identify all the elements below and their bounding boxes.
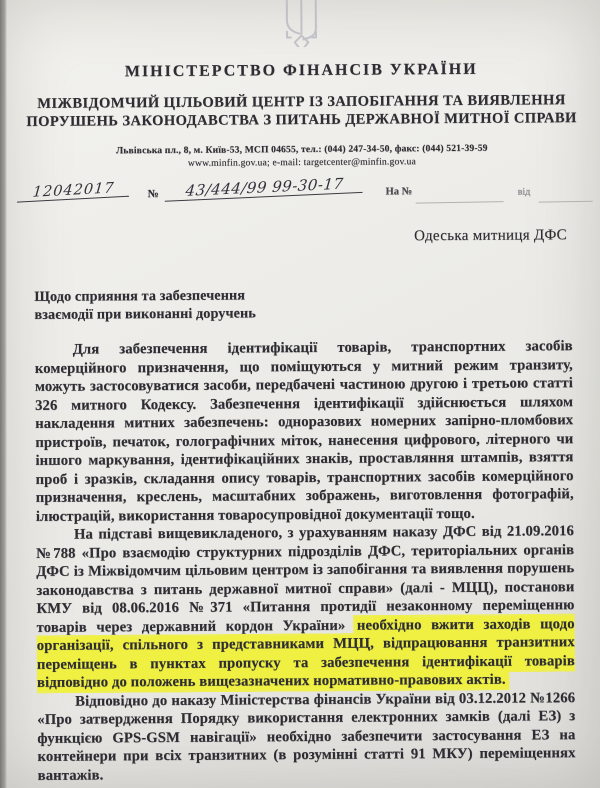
handwritten-date: 12042017	[17, 180, 130, 203]
handwritten-outgoing-number: 43/444/99 99-30-17	[165, 174, 365, 202]
ukraine-trident-icon	[274, 0, 328, 49]
center-name-line-2: ПОРУШЕНЬ ЗАКОНОДАВСТВА З ПИТАНЬ ДЕРЖАВНО…	[5, 109, 598, 131]
emblem-container	[4, 0, 597, 49]
reference-line: 12042017 № 43/444/99 99-30-17 На № від	[5, 176, 598, 214]
recipient: Одеська митниця ДФС	[6, 227, 599, 248]
center-name-title: МІЖВІДОМЧИЙ ЦІЛЬОВИЙ ЦЕНТР ІЗ ЗАПОБІГАНН…	[5, 91, 598, 131]
letter-content: МІНІСТЕРСТВО ФІНАНСІВ УКРАЇНИ МІЖВІДОМЧИ…	[4, 0, 600, 788]
body-paragraph-3: Відповідно до наказу Міністерства фінанс…	[37, 689, 576, 785]
number-label: №	[148, 188, 159, 200]
body-paragraph-2: На підставі вищевикладеного, з урахуванн…	[36, 522, 575, 692]
letter-body: Для забезпечення ідентифікації товарів, …	[35, 337, 576, 785]
body-paragraph-1: Для забезпечення ідентифікації товарів, …	[35, 337, 574, 526]
incoming-number-blank	[416, 200, 504, 204]
scanned-letter-page: МІНІСТЕРСТВО ФІНАНСІВ УКРАЇНИ МІЖВІДОМЧИ…	[0, 0, 600, 788]
ministry-title: МІНІСТЕРСТВО ФІНАНСІВ УКРАЇНИ	[5, 60, 598, 82]
from-date-blank	[539, 200, 593, 203]
subject: Щодо сприяння та забезпечення взаємодії …	[34, 285, 599, 324]
web-email-line: www.minfin.gov.ua; e-mail: targetcenter@…	[5, 155, 598, 170]
from-date-label: від	[518, 186, 531, 197]
subject-line-2: взаємодії при виконанні доручень	[34, 302, 599, 323]
incoming-number-label: На №	[386, 186, 413, 197]
